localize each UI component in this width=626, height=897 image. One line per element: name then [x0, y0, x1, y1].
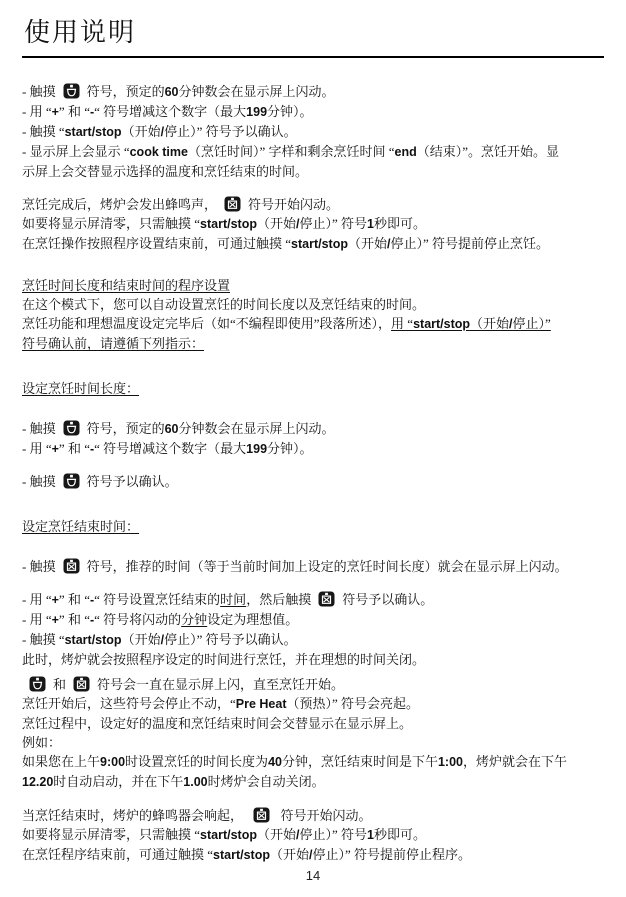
text-line: 符号确认前，请遵循下列指示： [22, 334, 604, 353]
text-segment: + [52, 442, 59, 456]
text-segment: 符号会一直在显示屏上闪，直至烹饪开始。 [97, 677, 344, 692]
text-segment: 1.00 [183, 775, 207, 789]
text-line: 当烹饪结束时，烤炉的蜂鸣器会响起， 符号开始闪动。 [22, 806, 604, 825]
text-segment: 用 “ [391, 316, 413, 331]
text-line: - 用 “+” 和 “-“ 符号增减这个数字（最大199分钟）。 [22, 102, 604, 122]
text-segment: 在烹饪操作按照程序设置结束前，可通过触摸 “ [22, 236, 291, 251]
text-segment: ” 和 “ [59, 612, 90, 627]
text-segment: 停止）” 符号予以确认。 [164, 124, 297, 139]
text-segment: （开始 [270, 847, 309, 862]
text-line: - 触摸符号予以确认。 [22, 472, 604, 491]
text-segment: 烹饪完成后，烤炉会发出蜂鸣声， [22, 197, 217, 212]
text-line: 例如： [22, 733, 604, 752]
text-line: - 触摸 “start/stop（开始/停止）” 符号予以确认。 [22, 122, 604, 142]
text-segment: 60 [165, 85, 179, 99]
set-end-time-bullet-1: - 触摸符号，推荐的时间（等于当前时间加上设定的烹饪时间长度）就会在显示屏上闪动… [22, 557, 604, 576]
end-of-cooking-paragraph: 当烹饪结束时，烤炉的蜂鸣器会响起， 符号开始闪动。如要将显示屏清零，只需触摸 “… [22, 806, 604, 865]
text-segment: 符号确认前，请遵循下列指示： [22, 336, 204, 351]
text-segment: + [52, 105, 59, 119]
text-segment: - 用 “ [22, 592, 52, 607]
text-line: 烹饪开始后，这些符号会停止不动，“Pre Heat（预热）” 符号会亮起。 [22, 694, 604, 714]
text-segment: 12.20 [22, 775, 53, 789]
set-duration-heading: 设定烹饪时间长度： [22, 379, 604, 398]
text-segment: - 触摸 “ [22, 124, 65, 139]
text-segment: start/stop [213, 848, 270, 862]
text-segment: 符号，预定的 [87, 84, 165, 99]
page-title: 使用说明 [24, 12, 604, 49]
cooking-complete-paragraph: 烹饪完成后，烤炉会发出蜂鸣声，符号开始闪动。如要将显示屏清零，只需触摸 “sta… [22, 195, 604, 254]
text-line: 烹饪完成后，烤炉会发出蜂鸣声，符号开始闪动。 [22, 195, 604, 214]
text-line: 此时，烤炉就会按照程序设定的时间进行烹饪，并在理想的时间关闭。 [22, 650, 604, 669]
text-line: 如要将显示屏清零，只需触摸 “start/stop（开始/停止）” 符号1秒即可… [22, 825, 604, 845]
text-segment: 分钟 [181, 612, 207, 627]
text-line: - 触摸符号，预定的60分钟数会在显示屏上闪动。 [22, 82, 604, 102]
text-segment: - 触摸 [22, 474, 56, 489]
text-segment: 和 [53, 677, 66, 692]
text-segment: ，烤炉就会在下午 [463, 754, 567, 769]
text-segment: start/stop [65, 633, 122, 647]
text-segment: 设定烹饪结束时间： [22, 519, 139, 534]
text-segment: - 触摸 [22, 84, 56, 99]
text-segment: 1 [367, 828, 374, 842]
text-segment: ，然后触摸 [246, 592, 311, 607]
text-segment: + [52, 613, 59, 627]
text-segment: （开始 [348, 236, 387, 251]
text-segment: 当烹饪结束时，烤炉的蜂鸣器会响起， [22, 808, 246, 823]
text-segment: 秒即可。 [374, 827, 426, 842]
text-segment: 符号开始闪动。 [277, 808, 371, 823]
text-line: 和符号会一直在显示屏上闪，直至烹饪开始。 [22, 675, 604, 694]
text-line: - 用 “+” 和 “-“ 符号设置烹饪结束的时间，然后触摸符号予以确认。 [22, 590, 604, 610]
text-segment: Pre Heat [236, 697, 287, 711]
text-segment: - 用 “ [22, 441, 52, 456]
text-line: - 显示屏上会显示 “cook time（烹饪时间）” 字样和剩余烹饪时间 “e… [22, 142, 604, 162]
confirm-duration-bullet: - 触摸符号予以确认。 [22, 472, 604, 491]
cook-duration-icon [63, 473, 80, 489]
text-segment: 烹饪开始后，这些符号会停止不动，“ [22, 696, 236, 711]
text-segment: start/stop [200, 217, 257, 231]
text-line: 在烹饪程序结束前，可通过触摸 “start/stop（开始/停止）” 符号提前停… [22, 845, 604, 865]
text-segment: 停止）” 符号 [299, 216, 367, 231]
text-segment: start/stop [200, 828, 257, 842]
text-segment: 时设置烹饪的时间长度为 [125, 754, 268, 769]
text-segment: 烹饪时间长度和结束时间的程序设置 [22, 278, 230, 293]
text-segment: 烹饪过程中，设定好的温度和烹饪结束时间会交替显示在显示屏上。 [22, 716, 412, 731]
text-segment: 示屏上会交替显示选择的温度和烹饪结束的时间。 [22, 164, 308, 179]
end-time-icon [224, 196, 241, 212]
text-segment: ” 和 “ [59, 592, 90, 607]
text-line: 如要将显示屏清零，只需触摸 “start/stop（开始/停止）” 符号1秒即可… [22, 214, 604, 234]
text-line: - 用 “+” 和 “-“ 符号增减这个数字（最大199分钟）。 [22, 439, 604, 459]
cook-duration-icon [29, 676, 46, 692]
text-segment: 此时，烤炉就会按照程序设定的时间进行烹饪，并在理想的时间关闭。 [22, 652, 425, 667]
text-segment: 如要将显示屏清零，只需触摸 “ [22, 827, 200, 842]
text-segment: cook time [130, 145, 188, 159]
text-segment: （预热）” 符号会亮起。 [287, 696, 420, 711]
text-segment: 时间 [220, 592, 246, 607]
text-line: - 触摸符号，预定的60分钟数会在显示屏上闪动。 [22, 419, 604, 439]
text-segment: “ 符号设置烹饪结束的 [94, 592, 220, 607]
text-segment: 60 [165, 422, 179, 436]
manual-page: 使用说明 - 触摸符号，预定的60分钟数会在显示屏上闪动。- 用 “+” 和 “… [0, 0, 626, 897]
text-segment: 分钟）。 [267, 104, 313, 119]
text-segment: 符号开始闪动。 [248, 197, 339, 212]
text-segment: - 用 “ [22, 104, 52, 119]
text-segment: 分钟，烹饪结束时间是下午 [282, 754, 438, 769]
text-segment: + [52, 593, 59, 607]
text-segment: 秒即可。 [374, 216, 426, 231]
set-end-time-bullets-2: - 用 “+” 和 “-“ 符号设置烹饪结束的时间，然后触摸符号予以确认。- 用… [22, 590, 604, 669]
set-duration-bullets: - 触摸符号，预定的60分钟数会在显示屏上闪动。- 用 “+” 和 “-“ 符号… [22, 419, 604, 459]
text-segment: （烹饪时间）” 字样和剩余烹饪时间 “ [188, 144, 395, 159]
text-segment: 烹饪功能和理想温度设定完毕后（如“不编程即使用”段落所述）， [22, 316, 391, 331]
text-segment: ” 和 “ [59, 104, 90, 119]
text-segment: 时烤炉会自动关闭。 [208, 774, 325, 789]
text-segment: - 用 “ [22, 612, 52, 627]
text-segment: “ 符号增减这个数字（最大 [94, 104, 246, 119]
text-segment: 分钟）。 [267, 441, 313, 456]
end-time-icon [253, 807, 270, 823]
cook-duration-icon [63, 83, 80, 99]
text-segment: end [395, 145, 417, 159]
text-segment: start/stop [291, 237, 348, 251]
text-line: 设定烹饪结束时间： [22, 517, 604, 536]
text-segment: - 触摸 “ [22, 632, 65, 647]
text-segment: 199 [246, 105, 267, 119]
text-segment: （开始 [122, 632, 161, 647]
text-segment: - 触摸 [22, 421, 56, 436]
intro-bullets: - 触摸符号，预定的60分钟数会在显示屏上闪动。- 用 “+” 和 “-“ 符号… [22, 82, 604, 181]
text-segment: 199 [246, 442, 267, 456]
text-segment: 在这个模式下，您可以自动设置烹饪的时间长度以及烹饪结束的时间。 [22, 297, 425, 312]
text-line: - 用 “+” 和 “-“ 符号将闪动的分钟设定为理想值。 [22, 610, 604, 630]
title-underline-rule [22, 56, 604, 58]
text-line: 如果您在上午9:00时设置烹饪的时间长度为40分钟，烹饪结束时间是下午1:00，… [22, 752, 604, 772]
text-segment: 时自动启动，并在下午 [53, 774, 183, 789]
text-segment: 停止）” 符号提前停止烹饪。 [390, 236, 549, 251]
text-segment: 停止）” 符号予以确认。 [164, 632, 297, 647]
program-setting-section: 烹饪时间长度和结束时间的程序设置在这个模式下，您可以自动设置烹饪的时间长度以及烹… [22, 276, 604, 353]
cook-duration-icon [63, 420, 80, 436]
text-segment: - 显示屏上会显示 “ [22, 144, 130, 159]
text-segment: （结束）”。烹饪开始。显 [417, 144, 559, 159]
text-segment: 分钟数会在显示屏上闪动。 [179, 84, 335, 99]
text-segment: 在烹饪程序结束前，可通过触摸 “ [22, 847, 213, 862]
text-segment: 设定为理想值。 [207, 612, 298, 627]
text-segment: 符号予以确认。 [342, 592, 433, 607]
text-segment: 40 [268, 755, 282, 769]
text-line: 在这个模式下，您可以自动设置烹饪的时间长度以及烹饪结束的时间。 [22, 295, 604, 314]
text-segment: 停止）” 符号 [299, 827, 367, 842]
text-segment: （开始 [122, 124, 161, 139]
text-segment: “ 符号增减这个数字（最大 [94, 441, 246, 456]
text-segment: 例如： [22, 735, 61, 750]
text-segment: 1:00 [438, 755, 463, 769]
text-segment: “ 符号将闪动的 [94, 612, 181, 627]
end-time-icon [73, 676, 90, 692]
text-line: 12.20时自动启动，并在下午1.00时烤炉会自动关闭。 [22, 772, 604, 792]
text-line: 烹饪过程中，设定好的温度和烹饪结束时间会交替显示在显示屏上。 [22, 714, 604, 733]
text-segment: 9:00 [100, 755, 125, 769]
text-line: - 触摸符号，推荐的时间（等于当前时间加上设定的烹饪时间长度）就会在显示屏上闪动… [22, 557, 604, 576]
text-segment: 符号，推荐的时间（等于当前时间加上设定的烹饪时间长度）就会在显示屏上闪动。 [87, 559, 568, 574]
text-segment: 1 [367, 217, 374, 231]
text-segment: 停止）” 符号提前停止程序。 [312, 847, 471, 862]
text-line: 设定烹饪时间长度： [22, 379, 604, 398]
text-line: 在烹饪操作按照程序设置结束前，可通过触摸 “start/stop（开始/停止）”… [22, 234, 604, 254]
text-segment: 停止）” [513, 316, 551, 331]
end-time-icon [318, 591, 335, 607]
text-segment: 分钟数会在显示屏上闪动。 [179, 421, 335, 436]
text-segment: - 触摸 [22, 559, 56, 574]
text-segment: start/stop [413, 317, 470, 331]
text-segment: 符号予以确认。 [87, 474, 178, 489]
page-number: 14 [0, 868, 626, 883]
symbols-flash-paragraph: 和符号会一直在显示屏上闪，直至烹饪开始。烹饪开始后，这些符号会停止不动，“Pre… [22, 675, 604, 792]
text-segment: ” 和 “ [59, 441, 90, 456]
text-line: 烹饪功能和理想温度设定完毕后（如“不编程即使用”段落所述），用 “start/s… [22, 314, 604, 334]
text-segment: （开始 [257, 827, 296, 842]
content: - 触摸符号，预定的60分钟数会在显示屏上闪动。- 用 “+” 和 “-“ 符号… [22, 82, 604, 865]
text-segment: 设定烹饪时间长度： [22, 381, 139, 396]
text-line: 烹饪时间长度和结束时间的程序设置 [22, 276, 604, 295]
end-time-icon [63, 558, 80, 574]
set-end-time-heading: 设定烹饪结束时间： [22, 517, 604, 536]
text-segment: （开始 [257, 216, 296, 231]
text-segment: start/stop [65, 125, 122, 139]
text-line: - 触摸 “start/stop（开始/停止）” 符号予以确认。 [22, 630, 604, 650]
text-segment: 如要将显示屏清零，只需触摸 “ [22, 216, 200, 231]
text-segment: 符号，预定的 [87, 421, 165, 436]
text-line: 示屏上会交替显示选择的温度和烹饪结束的时间。 [22, 162, 604, 181]
text-segment: 如果您在上午 [22, 754, 100, 769]
text-segment: （开始 [470, 316, 509, 331]
